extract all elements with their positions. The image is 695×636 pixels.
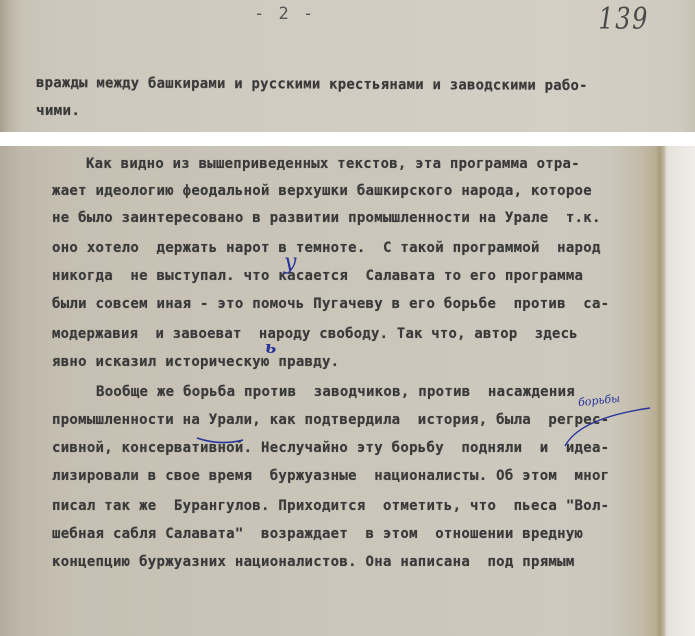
document-fragment-main: Как видно из вышеприведенных текстов, эт… (0, 146, 695, 636)
insertion-caret-mark (565, 408, 650, 446)
photo-seam (0, 132, 695, 146)
handwritten-marks (0, 146, 695, 636)
document-fragment-top: - 2 - 139 вражды между башкирами и русск… (0, 0, 695, 132)
archive-sheet-number: 139 (598, 2, 649, 37)
page-marker: - 2 - (254, 4, 315, 24)
underline-mark (197, 438, 243, 443)
typed-line: чими. (36, 103, 80, 119)
typed-line: вражды между башкирами и русскими кресть… (36, 75, 588, 94)
